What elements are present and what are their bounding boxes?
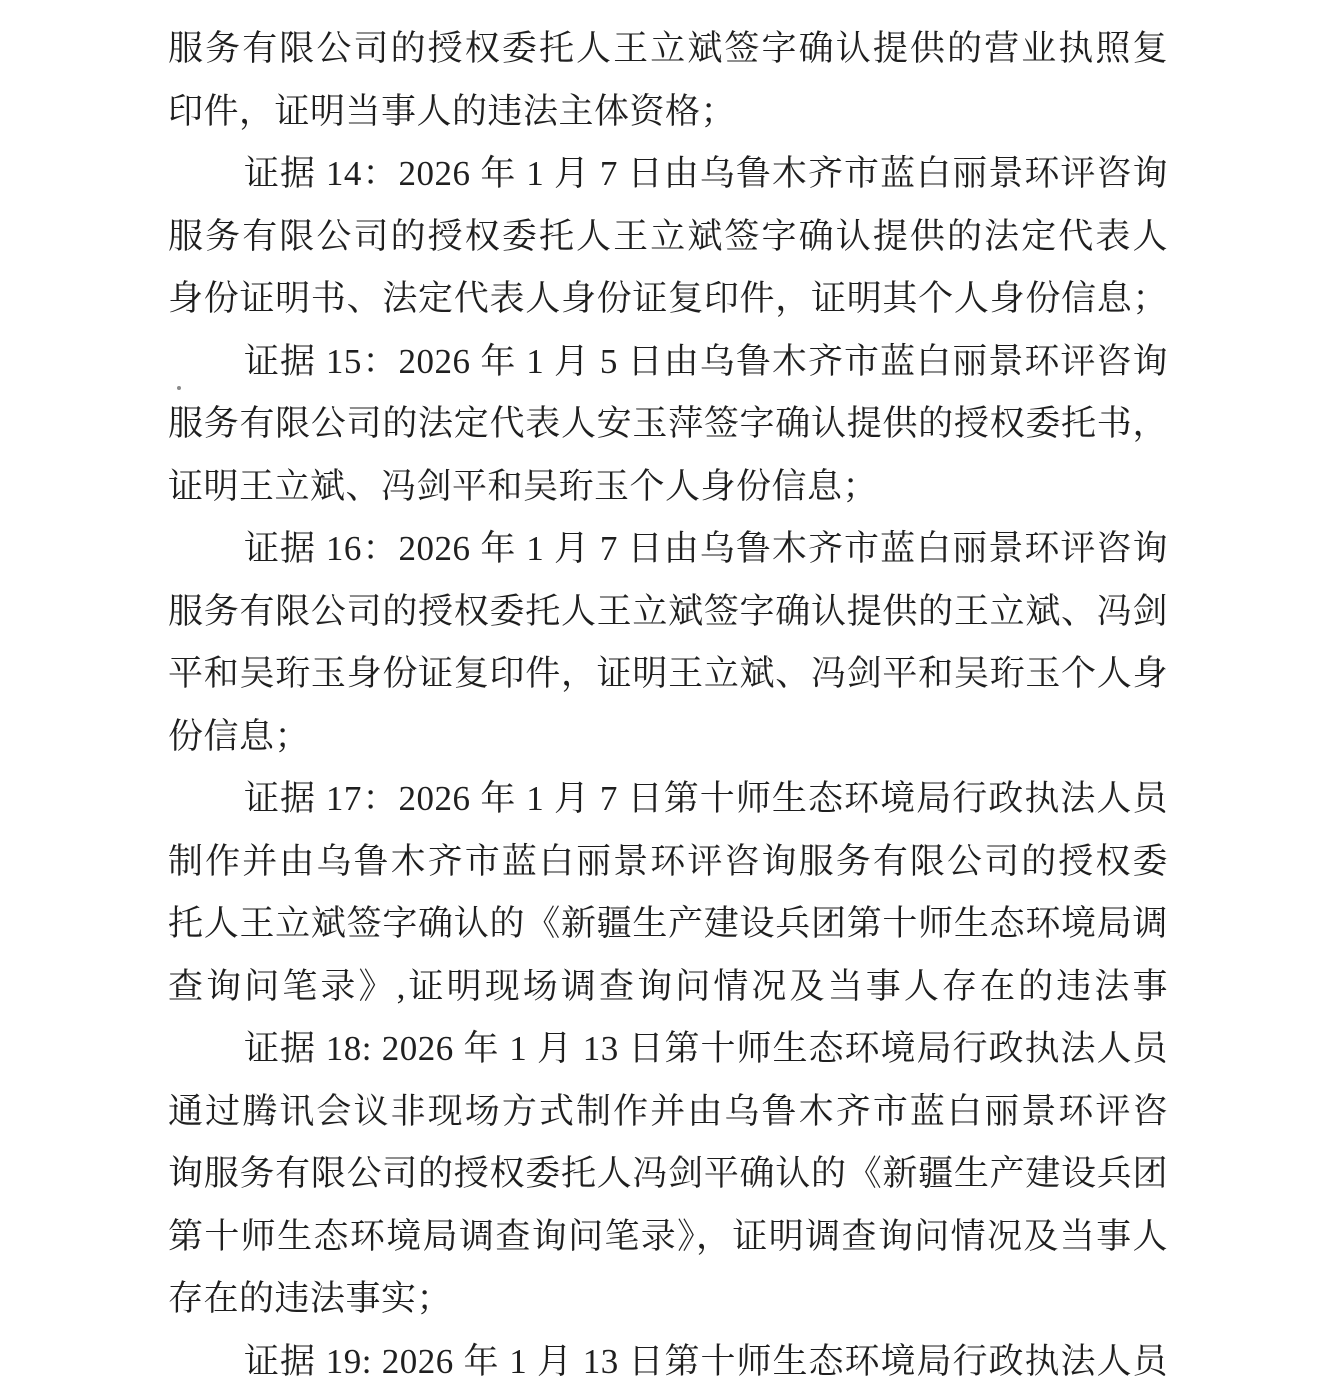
document-line: 证明王立斌、冯剑平和吴珩玉个人身份信息； bbox=[168, 456, 1168, 519]
document-line: 询服务有限公司的授权委托人冯剑平确认的《新疆生产建设兵团 bbox=[168, 1143, 1168, 1206]
document-line: 证据 19: 2026 年 1 月 13 日第十师生态环境局行政执法人员 bbox=[168, 1331, 1168, 1394]
document-line: 份信息； bbox=[168, 706, 1168, 769]
document-line: 通过腾讯会议非现场方式制作并由乌鲁木齐市蓝白丽景环评咨 bbox=[168, 1081, 1168, 1144]
document-line: 服务有限公司的授权委托人王立斌签字确认提供的王立斌、冯剑 bbox=[168, 581, 1168, 644]
document-line: 证据 18: 2026 年 1 月 13 日第十师生态环境局行政执法人员 bbox=[168, 1018, 1168, 1081]
document-line: 制作并由乌鲁木齐市蓝白丽景环评咨询服务有限公司的授权委 bbox=[168, 831, 1168, 894]
document-line: 印件，证明当事人的违法主体资格； bbox=[168, 81, 1168, 144]
document-line: 证据 16：2026 年 1 月 7 日由乌鲁木齐市蓝白丽景环评咨询 bbox=[168, 518, 1168, 581]
document-line: 身份证明书、法定代表人身份证复印件，证明其个人身份信息； bbox=[168, 268, 1168, 331]
document-line: 存在的违法事实； bbox=[168, 1268, 1168, 1331]
document-line: 托人王立斌签字确认的《新疆生产建设兵团第十师生态环境局调 bbox=[168, 893, 1168, 956]
document-line: 第十师生态环境局调查询问笔录》，证明调查询问情况及当事人 bbox=[168, 1206, 1168, 1269]
document-line: 平和吴珩玉身份证复印件，证明王立斌、冯剑平和吴珩玉个人身 bbox=[168, 643, 1168, 706]
document-page: 服务有限公司的授权委托人王立斌签字确认提供的营业执照复印件，证明当事人的违法主体… bbox=[0, 0, 1332, 1400]
document-line: 服务有限公司的授权委托人王立斌签字确认提供的营业执照复 bbox=[168, 18, 1168, 81]
document-line: 服务有限公司的授权委托人王立斌签字确认提供的法定代表人 bbox=[168, 206, 1168, 269]
scan-artifact-dot bbox=[177, 386, 181, 390]
document-line: 查询问笔录》,证明现场调查询问情况及当事人存在的违法事实； bbox=[168, 956, 1168, 1019]
document-line: 服务有限公司的法定代表人安玉萍签字确认提供的授权委托书， bbox=[168, 393, 1168, 456]
document-line: 证据 15：2026 年 1 月 5 日由乌鲁木齐市蓝白丽景环评咨询 bbox=[168, 331, 1168, 394]
document-line: 证据 14：2026 年 1 月 7 日由乌鲁木齐市蓝白丽景环评咨询 bbox=[168, 143, 1168, 206]
document-text-block: 服务有限公司的授权委托人王立斌签字确认提供的营业执照复印件，证明当事人的违法主体… bbox=[168, 18, 1168, 1393]
document-line: 证据 17：2026 年 1 月 7 日第十师生态环境局行政执法人员 bbox=[168, 768, 1168, 831]
